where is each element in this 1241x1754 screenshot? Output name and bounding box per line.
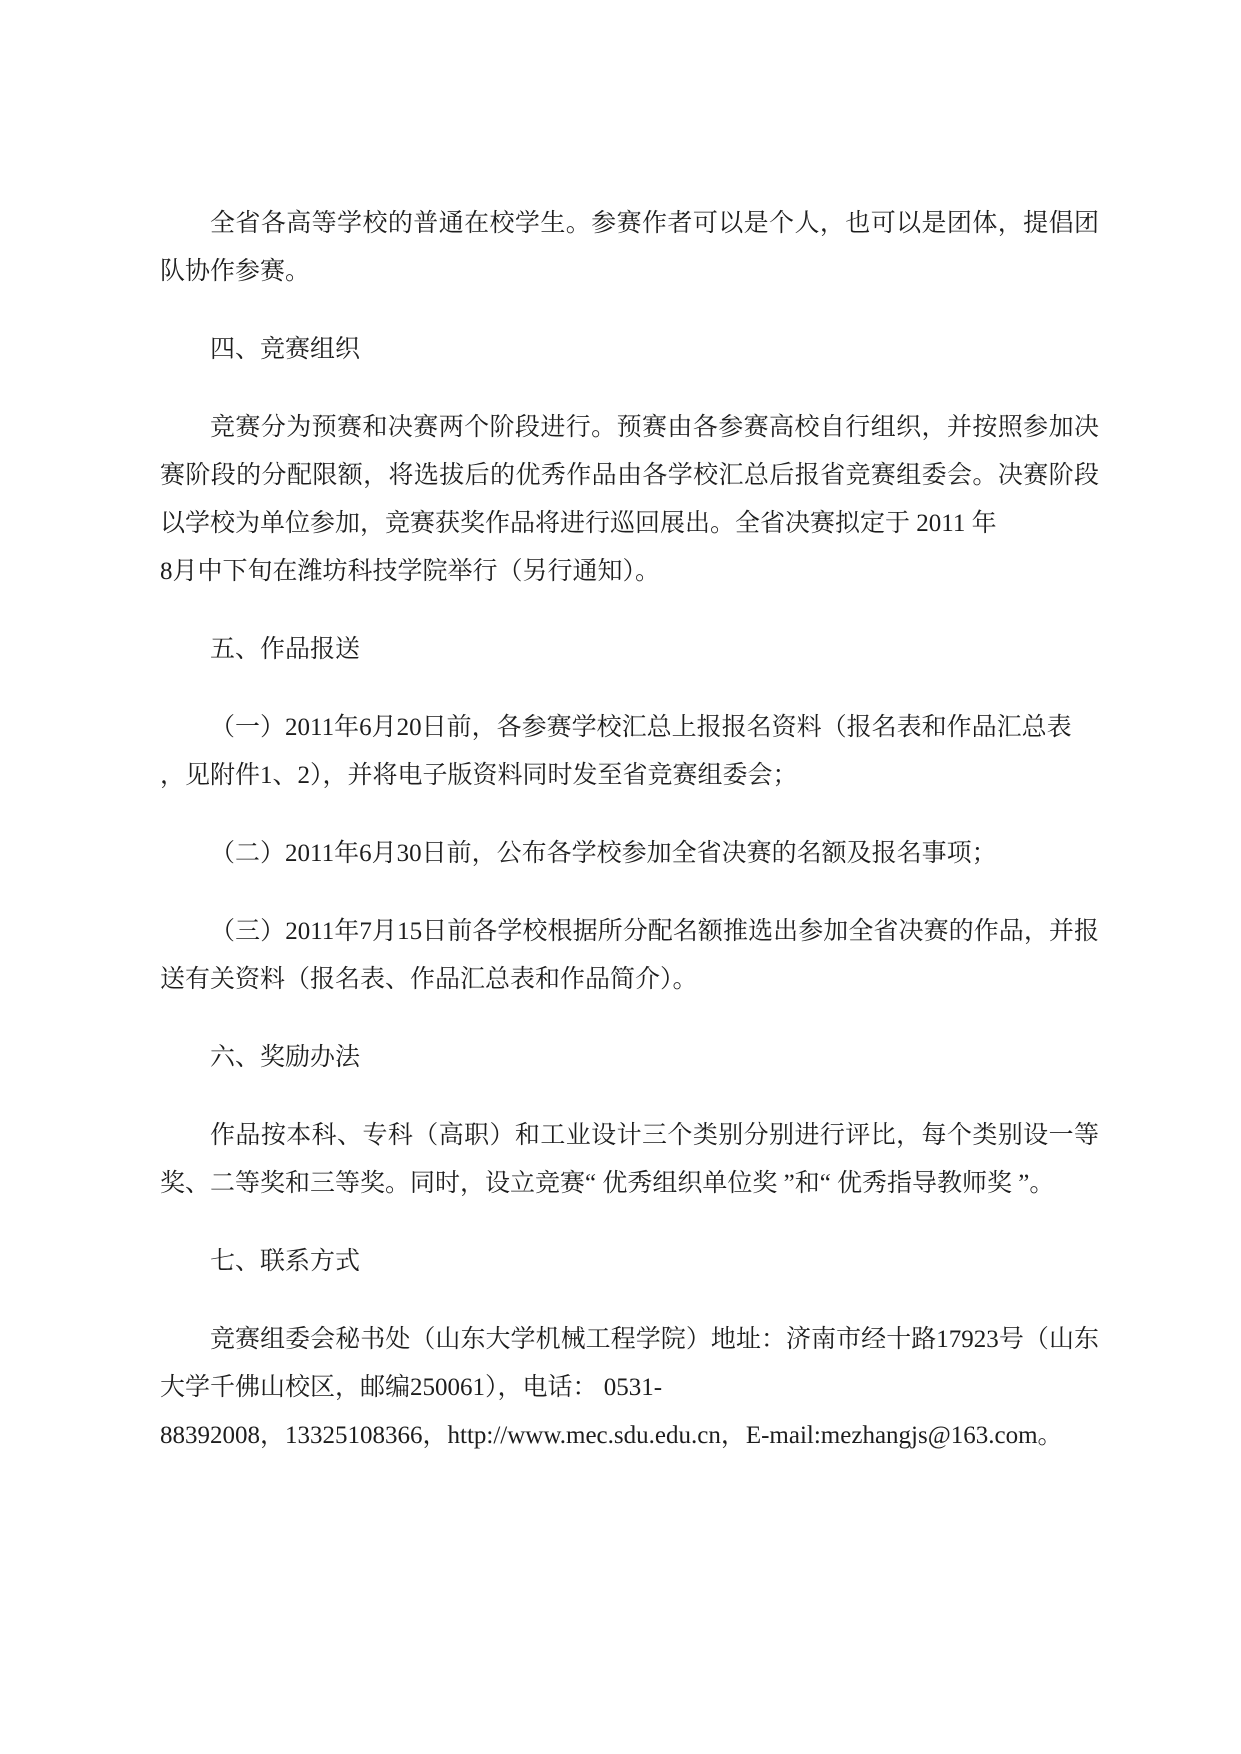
heading-section-4-organization: 四、竞赛组织 — [160, 326, 1099, 374]
para-eligibility: 全省各高等学校的普通在校学生。参赛作者可以是个人，也可以是团体，提倡团队协作参赛… — [160, 200, 1099, 296]
para-organization: 竞赛分为预赛和决赛两个阶段进行。预赛由各参赛高校自行组织，并按照参加决赛阶段的分… — [160, 404, 1099, 596]
document-page: 全省各高等学校的普通在校学生。参赛作者可以是个人，也可以是团体，提倡团队协作参赛… — [0, 0, 1241, 1754]
heading-section-6-awards: 六、奖励办法 — [160, 1034, 1099, 1082]
para-submission-item-3: （三）2011年7月15日前各学校根据所分配名额推选出参加全省决赛的作品，并报送… — [160, 908, 1099, 1004]
heading-section-5-submission: 五、作品报送 — [160, 626, 1099, 674]
para-submission-item-2: （二）2011年6月30日前，公布各学校参加全省决赛的名额及报名事项； — [160, 830, 1099, 878]
para-contact: 竞赛组委会秘书处（山东大学机械工程学院）地址：济南市经十路17923号（山东大学… — [160, 1316, 1099, 1460]
para-awards: 作品按本科、专科（高职）和工业设计三个类别分别进行评比，每个类别设一等奖、二等奖… — [160, 1112, 1099, 1208]
heading-section-7-contact: 七、联系方式 — [160, 1238, 1099, 1286]
para-submission-item-1: （一）2011年6月20日前，各参赛学校汇总上报报名资料（报名表和作品汇总表 ，… — [160, 704, 1099, 800]
